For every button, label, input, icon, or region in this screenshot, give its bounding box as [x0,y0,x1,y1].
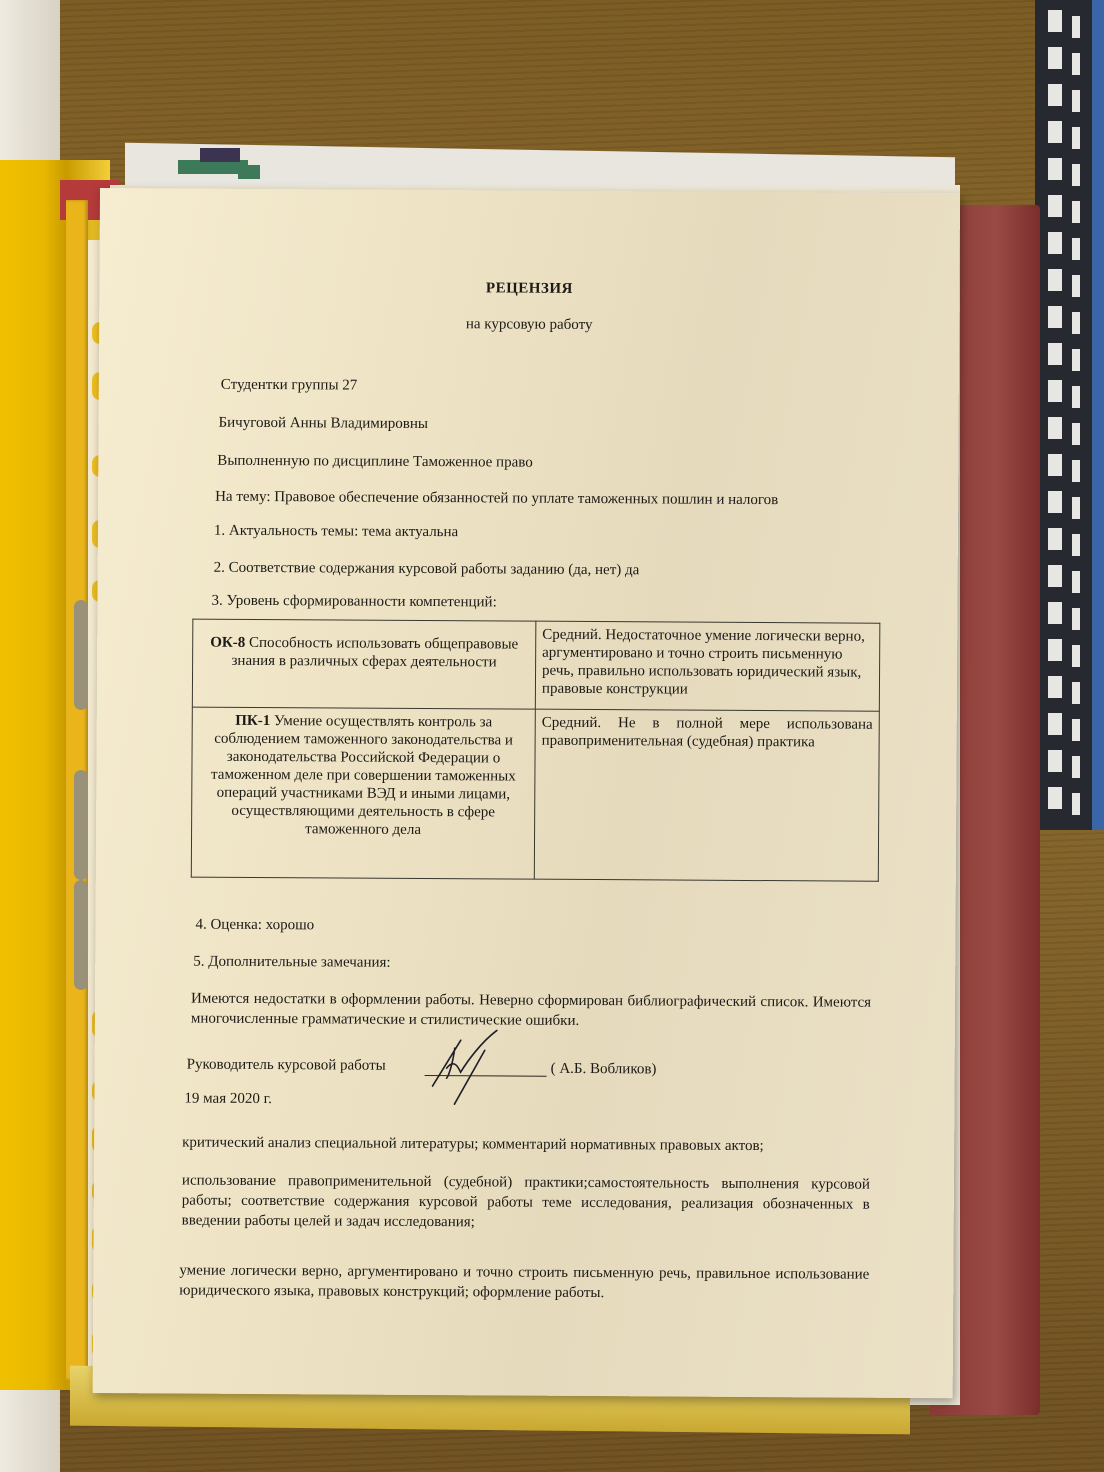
binder-ring [1048,10,1062,32]
binder-ring [1048,195,1062,217]
binder-ring [1072,386,1080,408]
binder-ring [1048,417,1062,439]
topic: На тему: Правовое обеспечение обязанност… [215,489,778,509]
supervisor-name: ( А.Б. Вобликов) [551,1061,657,1079]
binder-ring [1048,491,1062,513]
competency-cell: ПК-1 Умение осуществлять контроль за соб… [191,707,535,879]
binder-ring [1072,756,1080,778]
binder-ring [1072,645,1080,667]
binder-ring [1072,423,1080,445]
binder-ring [1072,571,1080,593]
binder-ring [1072,312,1080,334]
green-tab-2 [238,165,260,179]
page-subtitle: на курсовую работу [99,314,959,336]
binder-ring [1072,53,1080,75]
binder-ring [1072,719,1080,741]
binder-ring [1048,676,1062,698]
review-document-page: РЕЦЕНЗИЯ на курсовую работу Студентки гр… [93,188,960,1398]
competency-code: ОК-8 [210,635,245,651]
review-date: 19 мая 2020 г. [184,1091,272,1109]
binder-ring [1072,275,1080,297]
binder-ring [1072,608,1080,630]
supervisor-label: Руководитель курсовой работы [187,1057,386,1075]
competency-code: ПК-1 [235,713,270,729]
binder-ring [1072,90,1080,112]
item-compliance: 2. Соответствие содержания курсовой рабо… [214,560,640,580]
binder-ring [1072,793,1080,815]
remarks-text: Имеются недостатки в оформлении работы. … [191,989,871,1033]
criteria-paragraph-2: использование правоприменительной (судеб… [182,1171,870,1235]
binder-ring [1048,454,1062,476]
purple-tab [200,148,240,162]
assessment-cell: Средний. Недостаточное умение логически … [535,621,880,711]
signature-icon [424,1028,534,1109]
page-title: РЕЦЕНЗИЯ [99,278,959,300]
competency-cell: ОК-8 Способность использовать общеправов… [192,619,536,709]
binder-ring [1048,787,1062,809]
binder-ring [1048,565,1062,587]
ring-slot [74,600,88,710]
binder-ring [1072,238,1080,260]
ring-slot [74,880,88,990]
item-competency-level: 3. Уровень сформированности компетенций: [211,593,496,612]
discipline: Выполненную по дисциплине Таможенное пра… [217,453,533,472]
binder-ring [1048,528,1062,550]
competency-description: Способность использовать общеправовые зн… [231,635,518,671]
binder-ring [1048,158,1062,180]
table-row: ОК-8 Способность использовать общеправов… [192,619,880,711]
binder-ring [1072,201,1080,223]
criteria-paragraph-3: умение логически верно, аргументировано … [179,1261,869,1305]
binder-ring [1048,269,1062,291]
black-comb-binder [1035,0,1095,830]
item-relevance: 1. Актуальность темы: тема актуальна [214,523,458,541]
binder-ring [1048,47,1062,69]
competency-description: Умение осуществлять контроль за соблюден… [211,713,516,838]
assessment-cell: Средний. Не в полной мере использована п… [534,709,879,881]
binder-ring [1072,164,1080,186]
table-row: ПК-1 Умение осуществлять контроль за соб… [191,707,879,881]
student-group: Студентки группы 27 [221,377,358,395]
binder-ring [1048,602,1062,624]
binder-ring [1048,232,1062,254]
binder-ring [1048,306,1062,328]
binder-ring [1048,750,1062,772]
binder-ring [1048,84,1062,106]
binder-ring [1072,497,1080,519]
blue-folder-edge [1092,0,1104,830]
binder-ring [1048,713,1062,735]
binder-ring [1048,343,1062,365]
item-remarks-heading: 5. Дополнительные замечания: [193,954,390,972]
binder-ring [1048,639,1062,661]
ring-slot [74,770,88,880]
binder-ring [1048,380,1062,402]
criteria-paragraph-1: критический анализ специальной литератур… [182,1133,870,1157]
binder-ring [1072,127,1080,149]
binder-ring [1048,121,1062,143]
binder-ring [1072,16,1080,38]
competencies-table: ОК-8 Способность использовать общеправов… [191,619,881,882]
student-name: Бичуговой Анны Владимировны [219,415,429,433]
binder-ring [1072,682,1080,704]
binder-ring [1072,460,1080,482]
binder-ring [1072,534,1080,556]
binder-ring [1072,349,1080,371]
item-grade: 4. Оценка: хорошо [195,917,314,935]
